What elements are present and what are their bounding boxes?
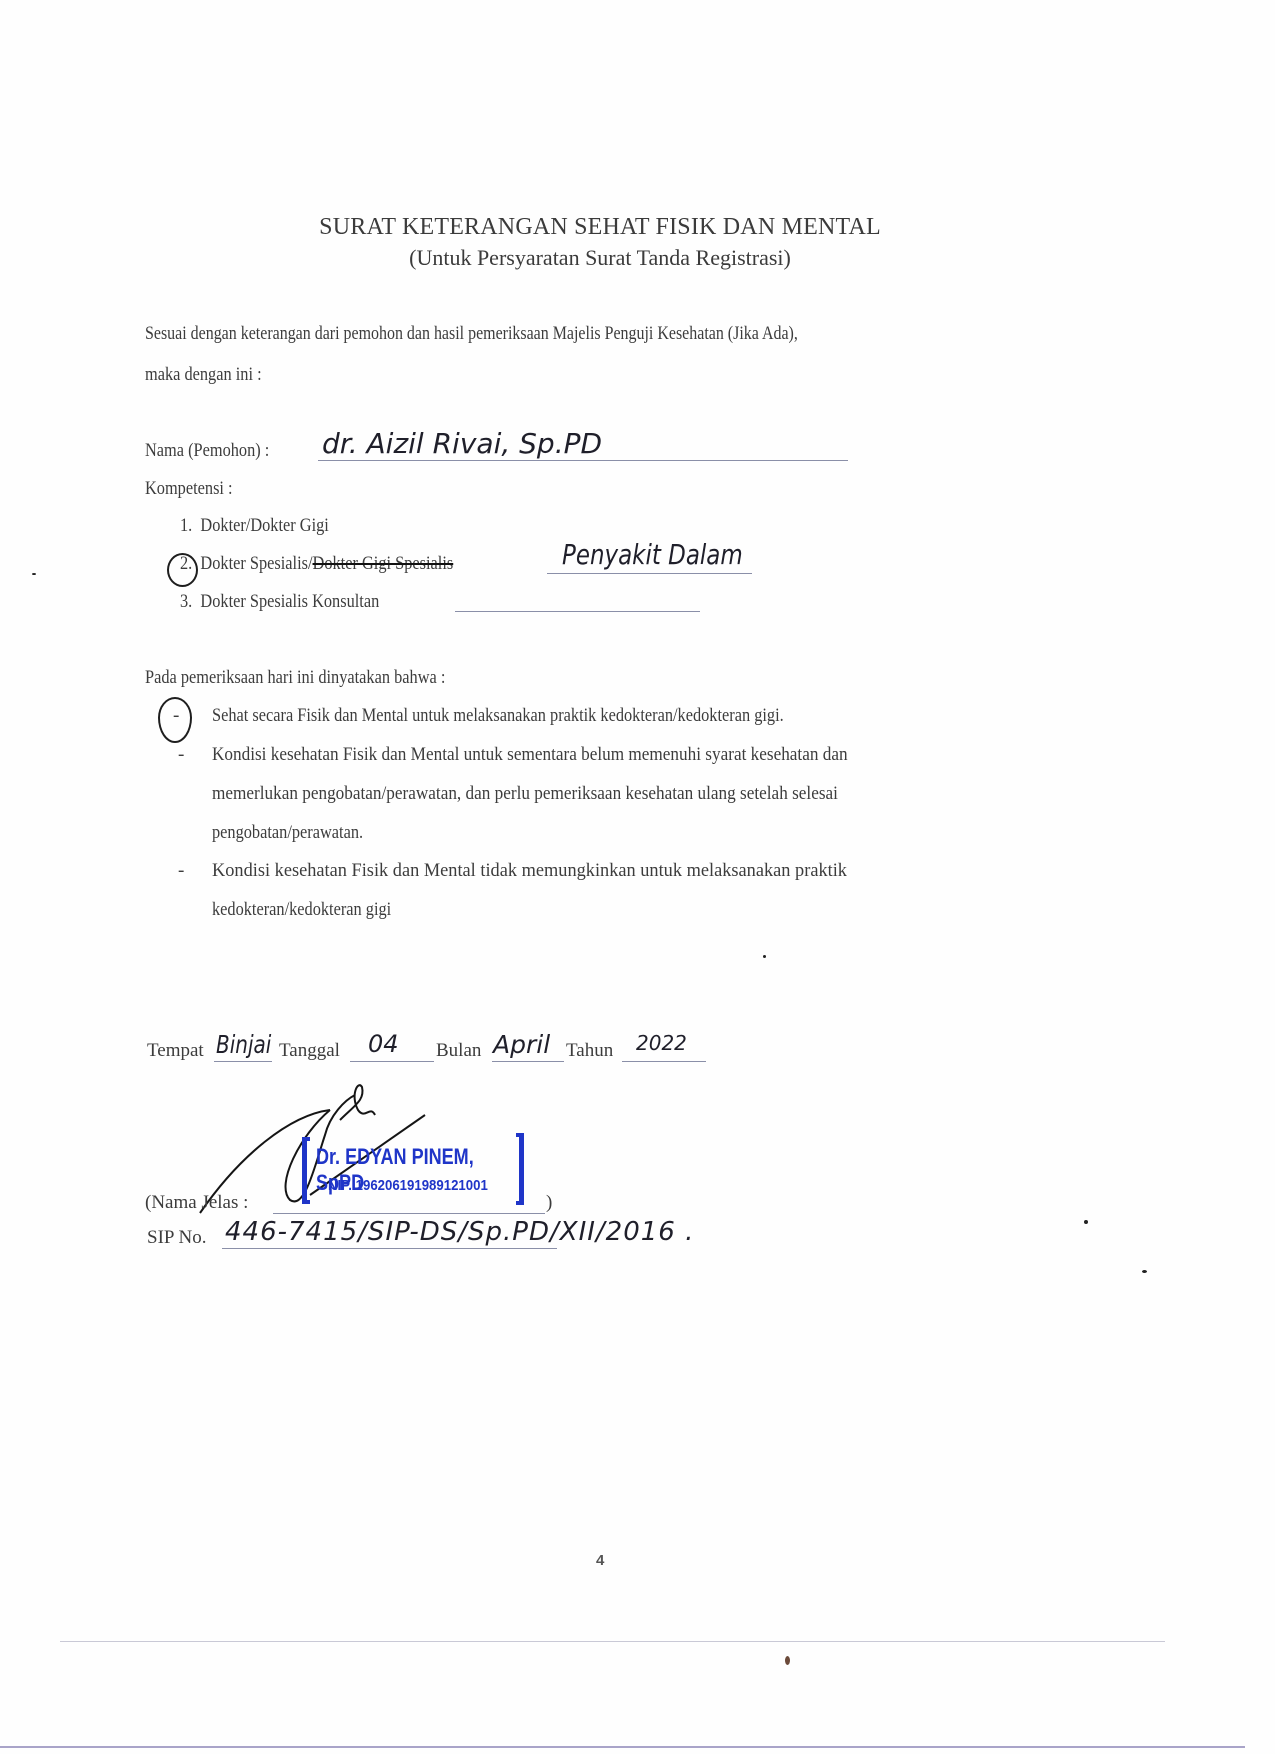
intro-line-1: Sesuai dengan keterangan dari pemohon da…	[145, 323, 798, 345]
statement-marker: -	[173, 705, 179, 727]
competence-option-2: 2. Dokter Spesialis/Dokter Gigi Spesiali…	[180, 553, 453, 575]
examination-label: Pada pemeriksaan hari ini dinyatakan bah…	[145, 667, 445, 689]
competence-number: 3.	[180, 591, 192, 612]
scan-speck	[1084, 1220, 1088, 1224]
statement-3-line-2: kedokteran/kedokteran gigi	[212, 899, 391, 921]
specialty-underline	[547, 573, 752, 574]
month-underline	[492, 1061, 564, 1062]
year-handwritten: 2022	[636, 1031, 687, 1055]
place-underline	[214, 1061, 272, 1062]
competence-text: Dokter/Dokter Gigi	[200, 515, 328, 536]
name-clear-label: (Nama Jelas :	[145, 1192, 248, 1214]
competence-option-1: 1. Dokter/Dokter Gigi	[180, 515, 329, 537]
year-underline	[622, 1061, 706, 1062]
statement-2-line-2: memerlukan pengobatan/perawatan, dan per…	[212, 783, 838, 805]
sip-label: SIP No.	[147, 1227, 206, 1249]
sip-handwritten: 446-7415/SIP-DS/Sp.PD/XII/2016 .	[225, 1217, 694, 1247]
competence-number: 2.	[180, 553, 192, 574]
place-handwritten: Binjai	[216, 1030, 271, 1059]
applicant-name-handwritten: dr. Aizil Rivai, Sp.PD	[322, 427, 602, 460]
competence-option-3: 3. Dokter Spesialis Konsultan	[180, 591, 379, 613]
scan-speck	[763, 955, 766, 958]
stamp-nip: NIP. 196206191989121001	[328, 1177, 488, 1194]
document-subtitle: (Untuk Persyaratan Surat Tanda Registras…	[0, 245, 1200, 271]
scan-speck	[32, 573, 36, 575]
stamp-bracket-right	[516, 1133, 524, 1205]
competence-text: Dokter Spesialis/	[200, 553, 312, 574]
name-clear-close: )	[546, 1192, 552, 1214]
competence-label: Kompetensi :	[145, 478, 233, 500]
year-label: Tahun	[566, 1040, 613, 1062]
competence-number: 1.	[180, 515, 192, 536]
scan-edge-line	[0, 1746, 1245, 1748]
statement-3-line-1: Kondisi kesehatan Fisik dan Mental tidak…	[212, 860, 847, 882]
place-label: Tempat	[147, 1040, 204, 1062]
statement-2-line-3: pengobatan/perawatan.	[212, 822, 363, 844]
scan-speck	[1142, 1270, 1147, 1273]
statement-1-line-1: Sehat secara Fisik dan Mental untuk mela…	[212, 705, 784, 727]
struck-text: Dokter Gigi Spesialis	[313, 553, 454, 574]
document-page: SURAT KETERANGAN SEHAT FISIK DAN MENTAL …	[0, 0, 1275, 1754]
doctor-stamp: Dr. EDYAN PINEM, SpPD NIP. 1962061919891…	[302, 1137, 524, 1204]
document-title: SURAT KETERANGAN SEHAT FISIK DAN MENTAL	[0, 214, 1200, 241]
statement-marker: -	[178, 744, 184, 766]
page-number: 4	[596, 1552, 604, 1569]
day-handwritten: 04	[368, 1030, 399, 1058]
statement-2-line-1: Kondisi kesehatan Fisik dan Mental untuk…	[212, 744, 848, 766]
day-label: Tanggal	[279, 1040, 340, 1062]
intro-line-2: maka dengan ini :	[145, 364, 262, 386]
competence-text: Dokter Spesialis Konsultan	[200, 591, 379, 612]
sip-underline	[222, 1248, 557, 1249]
name-clear-underline	[273, 1213, 545, 1214]
stamp-bracket-left	[302, 1137, 310, 1204]
scan-speck	[785, 1656, 790, 1665]
day-underline	[350, 1061, 434, 1062]
applicant-underline	[318, 460, 848, 461]
month-handwritten: April	[493, 1030, 550, 1059]
specialty-handwritten: Penyakit Dalam	[562, 538, 743, 571]
month-label: Bulan	[436, 1040, 481, 1062]
applicant-label: Nama (Pemohon) :	[145, 440, 269, 462]
consultant-underline	[455, 611, 700, 612]
footer-rule	[60, 1641, 1165, 1642]
statement-marker: -	[178, 860, 184, 882]
